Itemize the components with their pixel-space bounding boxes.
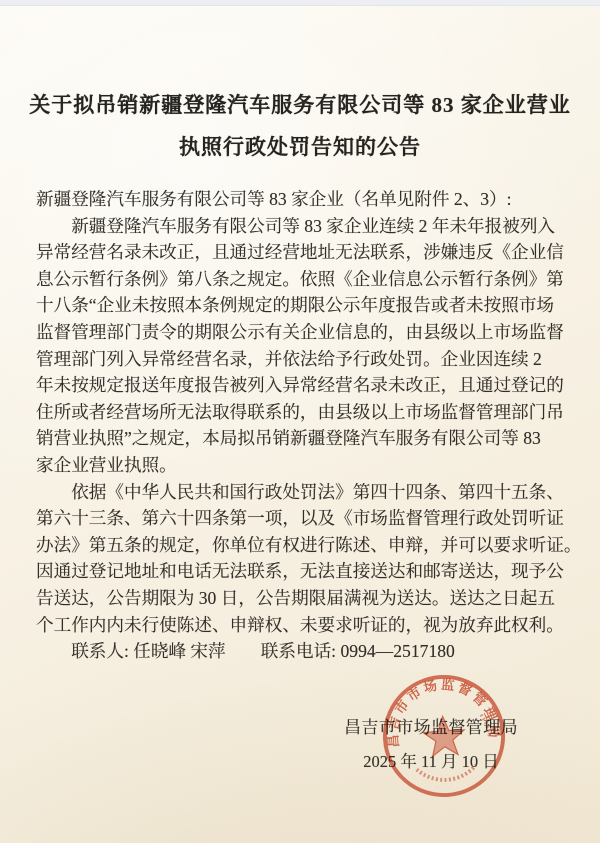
body-line: 因通过登记地址和电话无法联系，无法直接送达和邮寄送达，现予公 [36, 558, 570, 585]
body-line: 新疆登隆汽车服务有限公司等 83 家企业连续 2 年未年报被列入 [36, 213, 570, 240]
body-line: 息公示暂行条例》第八条之规定。依照《企业信息公示暂行条例》第 [36, 266, 570, 293]
body-line: 监督管理部门责令的期限公示有关企业信息的，由县级以上市场监督 [36, 319, 570, 346]
document-title-line-2: 执照行政处罚告知的公告 [20, 126, 580, 168]
signature-block: 昌吉市市场监督管理局 2025 年 11 月 10 日 [330, 713, 532, 772]
body-line: 家企业营业执照。 [36, 452, 570, 479]
salutation-line: 新疆登隆汽车服务有限公司等 83 家企业（名单见附件 2、3）: [36, 186, 570, 213]
paper-sheet: 关于拟吊销新疆登隆汽车服务有限公司等 83 家企业营业 执照行政处罚告知的公告 … [0, 6, 600, 843]
body-line: 管理部门列入异常经营名录，并依法给予行政处罚。企业因连续 2 [36, 346, 570, 373]
body-line: 年未按规定报送年度报告被列入异常经营名录未改正，且通过登记的 [36, 372, 570, 399]
body-line: 销营业执照”之规定，本局拟吊销新疆登隆汽车服务有限公司等 83 [36, 425, 570, 452]
issue-date: 2025 年 11 月 10 日 [330, 748, 532, 772]
body-line: 个工作内内未行使陈述、申辩权、未要求听证的，视为放弃此权利。 [36, 612, 570, 639]
body-line: 住所或者经营场所无法取得联系的，由县级以上市场监督管理部门吊 [36, 399, 570, 426]
body-line: 十八条“企业未按照本条例规定的期限公示年度报告或者未按照市场 [36, 292, 570, 319]
document-body: 新疆登隆汽车服务有限公司等 83 家企业（名单见附件 2、3）: 新疆登隆汽车服… [36, 186, 570, 665]
body-line: 第六十三条、第六十四条第一项，以及《市场监督管理行政处罚听证 [36, 505, 570, 532]
issuing-agency-name: 昌吉市市场监督管理局 [330, 713, 532, 738]
body-line: 依据《中华人民共和国行政处罚法》第四十四条、第四十五条、 [36, 479, 570, 506]
document-title-line-1: 关于拟吊销新疆登隆汽车服务有限公司等 83 家企业营业 [20, 84, 580, 126]
body-line: 告送达，公告期限为 30 日，公告期限届满视为送达。送达之日起五 [36, 585, 570, 612]
document-photo: 关于拟吊销新疆登隆汽车服务有限公司等 83 家企业营业 执照行政处罚告知的公告 … [0, 0, 600, 843]
contact-line: 联系人: 任晓峰 宋萍 联系电话: 0994—2517180 [36, 638, 570, 665]
document-title: 关于拟吊销新疆登隆汽车服务有限公司等 83 家企业营业 执照行政处罚告知的公告 [20, 84, 580, 168]
body-line: 办法》第五条的规定，你单位有权进行陈述、申辩，并可以要求听证。 [36, 532, 570, 559]
body-line: 异常经营名录未改正，且通过经营地址无法联系，涉嫌违反《企业信 [36, 239, 570, 266]
